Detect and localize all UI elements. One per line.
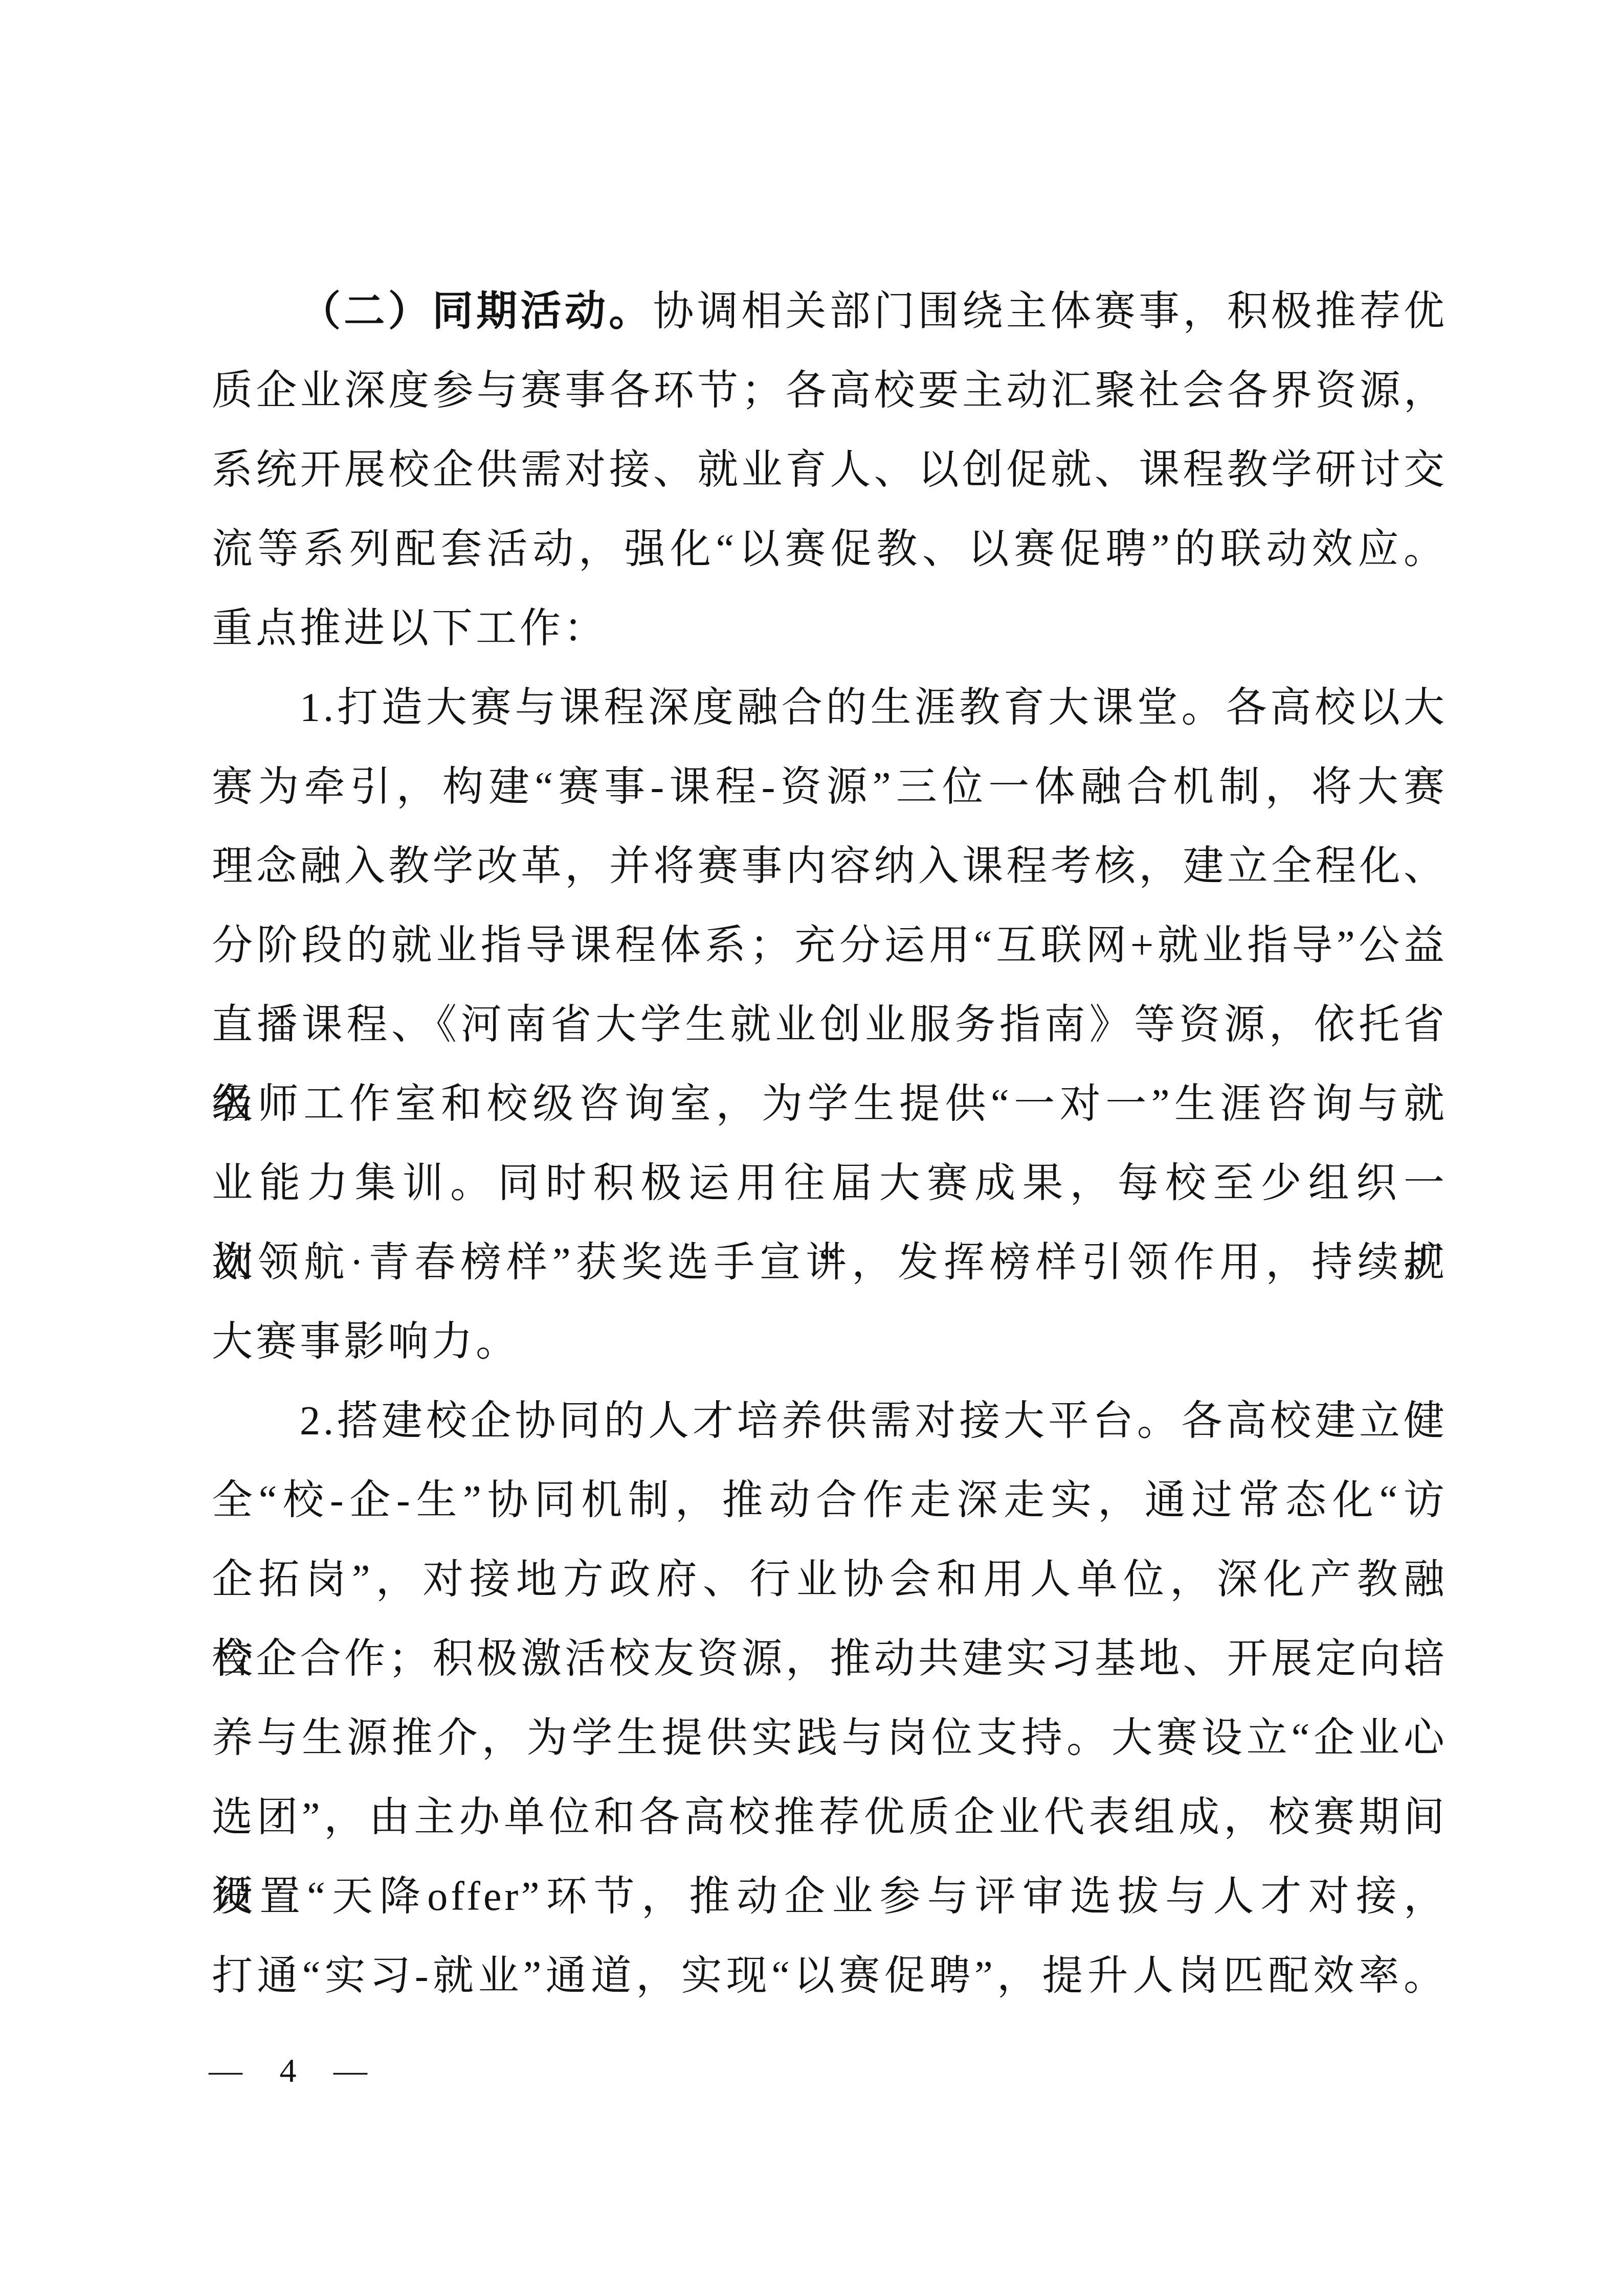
text-line: 直播课程、《河南省大学生就业创业服务指南》等资源，依托省级 (212, 985, 1448, 1065)
text-line: 设置“天降offer”环节，推动企业参与评审选拔与人才对接， (212, 1857, 1448, 1937)
document-body: （二）同期活动。协调相关部门围绕主体赛事，积极推荐优质企业深度参与赛事各环节；各… (212, 272, 1448, 2016)
page-number: — 4 — (209, 2043, 382, 2099)
text-line: 业能力集训。同时积极运用往届大赛成果，每校至少组织一次“规 (212, 1144, 1448, 1223)
text-line: （二）同期活动。协调相关部门围绕主体赛事，积极推荐优 (212, 272, 1448, 351)
text-line: 质企业深度参与赛事各环节；各高校要主动汇聚社会各界资源， (212, 351, 1448, 431)
text-line: 全“校-企-生”协同机制，推动合作走深走实，通过常态化“访 (212, 1461, 1448, 1540)
text-line: 企拓岗”，对接地方政府、行业协会和用人单位，深化产教融合、 (212, 1540, 1448, 1619)
text-line: 划领航·青春榜样”获奖选手宣讲，发挥榜样引领作用，持续扩 (212, 1223, 1448, 1302)
text-line: 1.打造大赛与课程深度融合的生涯教育大课堂。各高校以大 (212, 668, 1448, 748)
text-line: 理念融入教学改革，并将赛事内容纳入课程考核，建立全程化、 (212, 827, 1448, 906)
text-line: 名师工作室和校级咨询室，为学生提供“一对一”生涯咨询与就 (212, 1065, 1448, 1144)
text-line: 流等系列配套活动，强化“以赛促教、以赛促聘”的联动效应。 (212, 510, 1448, 589)
text-line: 校企合作；积极激活校友资源，推动共建实习基地、开展定向培 (212, 1619, 1448, 1699)
document-page: （二）同期活动。协调相关部门围绕主体赛事，积极推荐优质企业深度参与赛事各环节；各… (0, 0, 1624, 2296)
bold-lead-in: （二）同期活动。 (300, 289, 653, 334)
text-line: 选团”，由主办单位和各高校推荐优质企业代表组成，校赛期间须 (212, 1778, 1448, 1857)
text-line: 赛为牵引，构建“赛事-课程-资源”三位一体融合机制，将大赛 (212, 748, 1448, 827)
text-line: 打通“实习-就业”通道，实现“以赛促聘”，提升人岗匹配效率。 (212, 1937, 1448, 2016)
text-line: 养与生源推介，为学生提供实践与岗位支持。大赛设立“企业心 (212, 1699, 1448, 1778)
text-line: 分阶段的就业指导课程体系；充分运用“互联网+就业指导”公益 (212, 906, 1448, 985)
text-line: 大赛事影响力。 (212, 1302, 1448, 1382)
text-line: 2.搭建校企协同的人才培养供需对接大平台。各高校建立健 (212, 1382, 1448, 1461)
text-line: 重点推进以下工作： (212, 589, 1448, 668)
text-line: 系统开展校企供需对接、就业育人、以创促就、课程教学研讨交 (212, 431, 1448, 510)
